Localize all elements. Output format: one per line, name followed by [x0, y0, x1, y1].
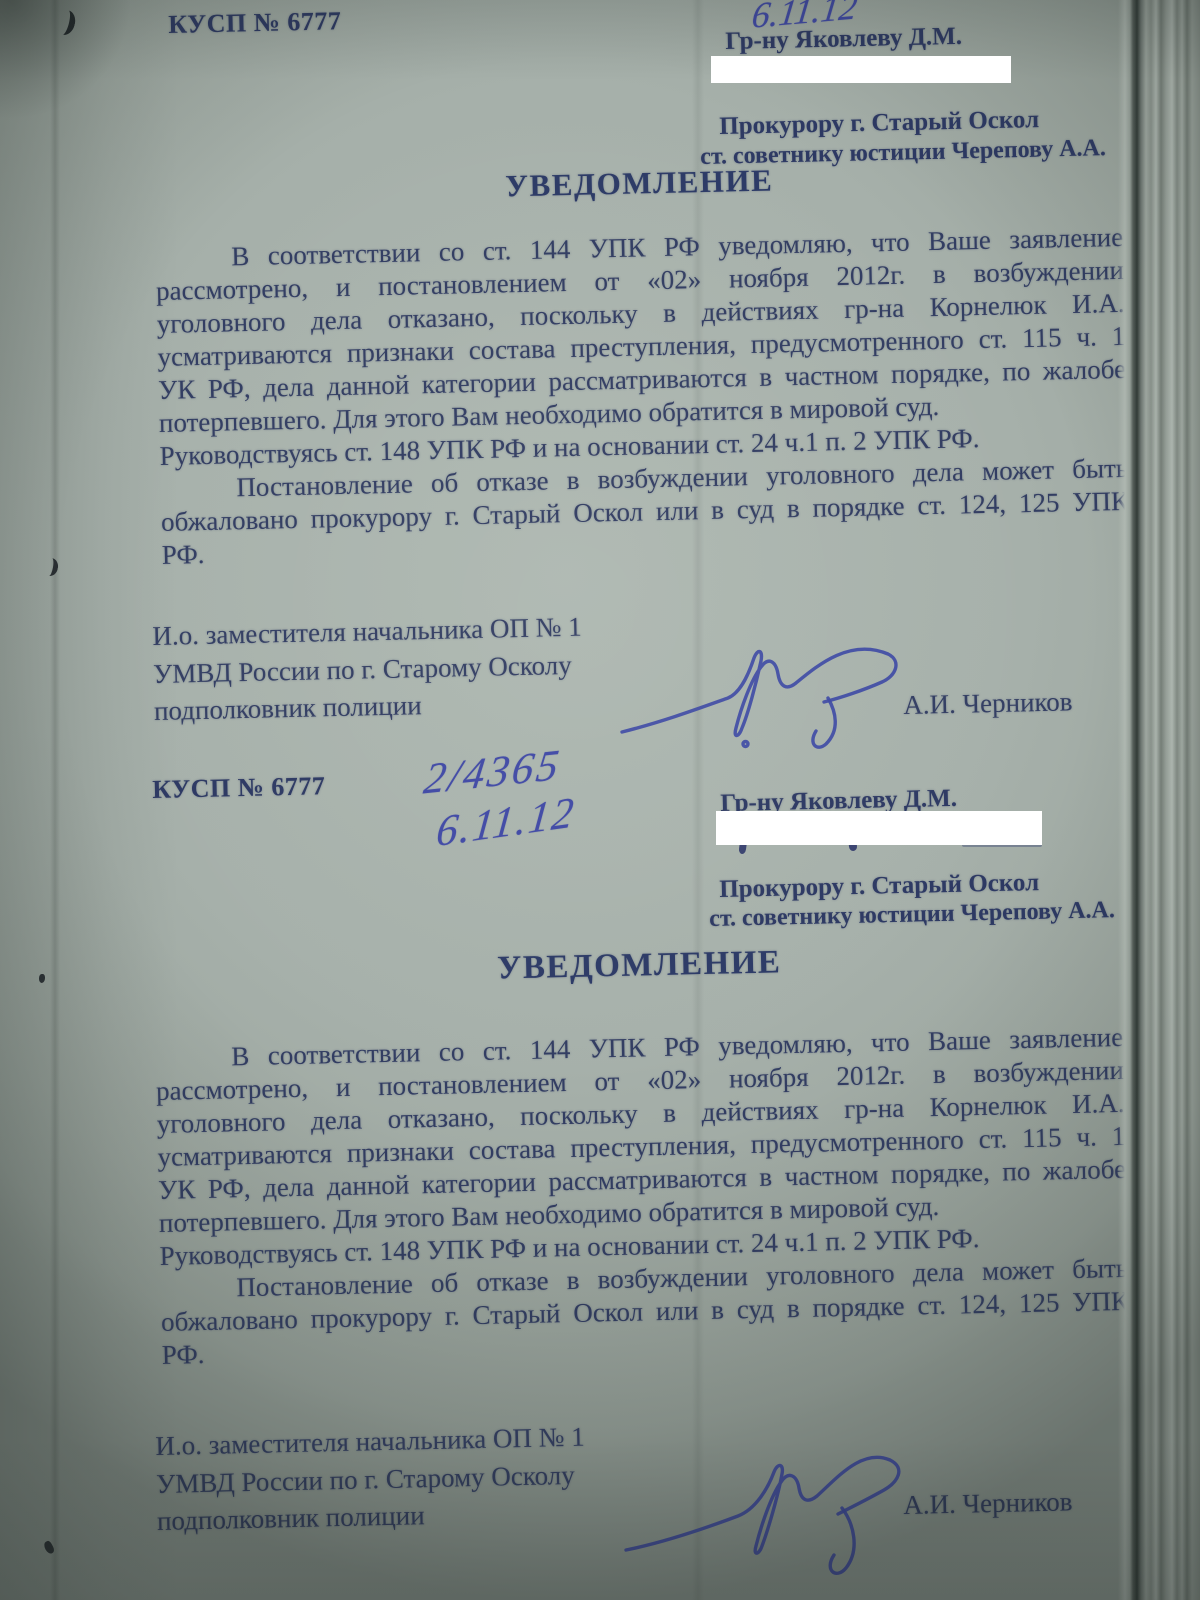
notification-body: В соответствии со ст. 144 УПК РФ уведомл… — [155, 1021, 1130, 1372]
signoff-line: подполковник полиции — [157, 1494, 587, 1541]
page-edge-stack — [1118, 0, 1200, 1600]
prosecutor-line1: Прокурору г. Старый Оскол — [719, 106, 1039, 141]
redaction-bar — [716, 811, 1042, 845]
kusp-number: КУСП № 6777 — [152, 771, 326, 805]
kusp-number: КУСП № 6777 — [168, 6, 342, 40]
notification-body: В соответствии со ст. 144 УПК РФ уведомл… — [155, 221, 1130, 572]
covered-text-fragment — [738, 844, 746, 855]
signature-ink — [600, 618, 930, 763]
document-title: УВЕДОМЛЕНИЕ — [155, 155, 1124, 212]
ink-speck — [42, 557, 60, 577]
prosecutor-line1: Прокурору г. Старый Оскол — [719, 869, 1039, 904]
ink-speck — [42, 1540, 55, 1555]
scanned-notification-page: КУСП № 6777 6.11.12 Гр-ну Яковлеву Д.М. … — [0, 0, 1200, 1600]
ink-speck — [39, 974, 45, 983]
signature-ink — [608, 1420, 938, 1595]
signoff-block: И.о. заместителя начальника ОП № 1 УМВД … — [155, 1419, 587, 1541]
redaction-bar — [711, 56, 1011, 83]
document-title: УВЕДОМЛЕНИЕ — [155, 937, 1124, 995]
paper-crease-left — [50, 0, 60, 1600]
signoff-block: И.о. заместителя начальника ОП № 1 УМВД … — [152, 609, 584, 731]
ink-speck — [53, 8, 77, 37]
signoff-line: подполковник полиции — [154, 684, 584, 731]
